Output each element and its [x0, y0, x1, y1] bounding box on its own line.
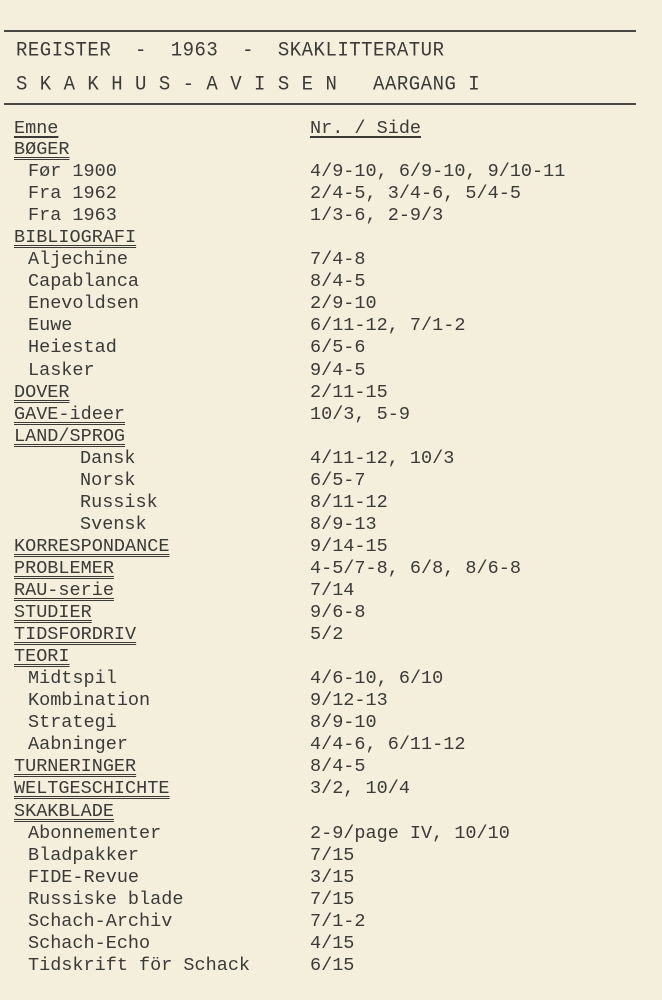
entry-subject: Russisk — [80, 492, 158, 514]
entry-page-refs: 8/4-5 — [310, 271, 366, 293]
index-entry-row: Schach-Echo4/15 — [0, 933, 662, 955]
entry-page-refs: 4/6-10, 6/10 — [310, 668, 443, 690]
entry-page-refs: 4/4-6, 6/11-12 — [310, 734, 465, 756]
entry-page-refs: 2/4-5, 3/4-6, 5/4-5 — [310, 183, 521, 205]
index-heading-row: SKAKBLADE — [0, 801, 662, 823]
index-heading-row: TIDSFORDRIV5/2 — [0, 624, 662, 646]
subject-column-header: Emne — [14, 118, 58, 140]
column-header-row: Emne Nr. / Side — [0, 118, 662, 140]
entry-page-refs: 6/5-6 — [310, 337, 366, 359]
index-heading-row: BIBLIOGRAFI — [0, 227, 662, 249]
index-entry-row: Svensk8/9-13 — [0, 514, 662, 536]
entry-subject: Enevoldsen — [28, 293, 139, 315]
section-heading: SKAKBLADE — [14, 801, 114, 823]
entry-page-refs: 10/3, 5-9 — [310, 404, 410, 426]
index-entry-row: FIDE-Revue3/15 — [0, 867, 662, 889]
section-heading: GAVE-ideer — [14, 404, 125, 426]
entry-page-refs: 7/15 — [310, 889, 354, 911]
index-entry-row: Capablanca8/4-5 — [0, 271, 662, 293]
entry-page-refs: 4/15 — [310, 933, 354, 955]
index-entry-row: Dansk4/11-12, 10/3 — [0, 448, 662, 470]
index-heading-row: BØGER — [0, 139, 662, 161]
entry-subject: Bladpakker — [28, 845, 139, 867]
entry-subject: Schach-Archiv — [28, 911, 172, 933]
register-title: REGISTER - 1963 - SKAKLITTERATUR — [16, 38, 444, 62]
entry-page-refs: 7/1-2 — [310, 911, 366, 933]
index-heading-row: STUDIER9/6-8 — [0, 602, 662, 624]
entry-page-refs: 6/11-12, 7/1-2 — [310, 315, 465, 337]
entry-page-refs: 9/14-15 — [310, 536, 388, 558]
entry-page-refs: 3/15 — [310, 867, 354, 889]
entry-subject: Svensk — [80, 514, 147, 536]
index-heading-row: GAVE-ideer10/3, 5-9 — [0, 404, 662, 426]
entry-subject: Fra 1962 — [28, 183, 117, 205]
entry-page-refs: 4-5/7-8, 6/8, 8/6-8 — [310, 558, 521, 580]
entry-page-refs: 2-9/page IV, 10/10 — [310, 823, 510, 845]
top-rule — [4, 30, 636, 32]
index-entry-row: Russisk8/11-12 — [0, 492, 662, 514]
entry-subject: Kombination — [28, 690, 150, 712]
index-entry-row: Schach-Archiv7/1-2 — [0, 911, 662, 933]
index-entry-row: Tidskrift för Schack6/15 — [0, 955, 662, 977]
section-heading: TIDSFORDRIV — [14, 624, 136, 646]
entry-page-refs: 8/9-10 — [310, 712, 377, 734]
section-heading: TEORI — [14, 646, 70, 668]
index-entry-row: Før 19004/9-10, 6/9-10, 9/10-11 — [0, 161, 662, 183]
index-entry-row: Strategi8/9-10 — [0, 712, 662, 734]
entry-subject: Russiske blade — [28, 889, 183, 911]
entry-subject: Abonnementer — [28, 823, 161, 845]
index-entry-row: Aabninger4/4-6, 6/11-12 — [0, 734, 662, 756]
index-heading-row: LAND/SPROG — [0, 426, 662, 448]
index-entry-row: Aljechine7/4-8 — [0, 249, 662, 271]
entry-page-refs: 5/2 — [310, 624, 343, 646]
section-heading: DOVER — [14, 382, 70, 404]
index-heading-row: KORRESPONDANCE9/14-15 — [0, 536, 662, 558]
section-heading: TURNERINGER — [14, 756, 136, 778]
entry-page-refs: 6/5-7 — [310, 470, 366, 492]
section-heading: STUDIER — [14, 602, 92, 624]
section-heading: LAND/SPROG — [14, 426, 125, 448]
section-heading: BIBLIOGRAFI — [14, 227, 136, 249]
entry-page-refs: 9/6-8 — [310, 602, 366, 624]
entry-page-refs: 8/11-12 — [310, 492, 388, 514]
entry-subject: Euwe — [28, 315, 72, 337]
index-entry-row: Enevoldsen2/9-10 — [0, 293, 662, 315]
entry-page-refs: 7/15 — [310, 845, 354, 867]
section-heading: WELTGESCHICHTE — [14, 778, 169, 800]
entry-page-refs: 3/2, 10/4 — [310, 778, 410, 800]
entry-page-refs: 1/3-6, 2-9/3 — [310, 205, 443, 227]
index-entry-row: Abonnementer2-9/page IV, 10/10 — [0, 823, 662, 845]
bottom-rule — [4, 103, 636, 105]
publication-title: S K A K H U S - A V I S E N AARGANG I — [16, 72, 480, 96]
index-entry-row: Russiske blade7/15 — [0, 889, 662, 911]
section-heading: PROBLEMER — [14, 558, 114, 580]
entry-page-refs: 6/15 — [310, 955, 354, 977]
entry-subject: Dansk — [80, 448, 136, 470]
index-heading-row: WELTGESCHICHTE3/2, 10/4 — [0, 778, 662, 800]
index-heading-row: TURNERINGER8/4-5 — [0, 756, 662, 778]
entry-subject: Tidskrift för Schack — [28, 955, 250, 977]
entry-page-refs: 2/11-15 — [310, 382, 388, 404]
index-entry-row: Fra 19631/3-6, 2-9/3 — [0, 205, 662, 227]
index-entry-row: Kombination9/12-13 — [0, 690, 662, 712]
index-entry-row: Fra 19622/4-5, 3/4-6, 5/4-5 — [0, 183, 662, 205]
entry-subject: Midtspil — [28, 668, 117, 690]
index-entry-row: Euwe6/11-12, 7/1-2 — [0, 315, 662, 337]
section-heading: RAU-serie — [14, 580, 114, 602]
index-entry-row: Lasker9/4-5 — [0, 360, 662, 382]
entry-page-refs: 7/14 — [310, 580, 354, 602]
entry-subject: Aabninger — [28, 734, 128, 756]
entry-page-refs: 7/4-8 — [310, 249, 366, 271]
entry-subject: Lasker — [28, 360, 95, 382]
entry-subject: Fra 1963 — [28, 205, 117, 227]
pages-column-header: Nr. / Side — [310, 118, 421, 140]
index-entry-row: Heiestad6/5-6 — [0, 337, 662, 359]
entry-subject: Før 1900 — [28, 161, 117, 183]
index-entry-row: Midtspil4/6-10, 6/10 — [0, 668, 662, 690]
index-entry-row: Norsk6/5-7 — [0, 470, 662, 492]
entry-subject: Capablanca — [28, 271, 139, 293]
entry-page-refs: 4/11-12, 10/3 — [310, 448, 454, 470]
entry-subject: Strategi — [28, 712, 117, 734]
entry-page-refs: 4/9-10, 6/9-10, 9/10-11 — [310, 161, 565, 183]
entry-page-refs: 8/9-13 — [310, 514, 377, 536]
index-heading-row: DOVER2/11-15 — [0, 382, 662, 404]
entry-subject: Aljechine — [28, 249, 128, 271]
document-page: REGISTER - 1963 - SKAKLITTERATUR S K A K… — [0, 0, 662, 1000]
section-heading: BØGER — [14, 139, 70, 161]
section-heading: KORRESPONDANCE — [14, 536, 169, 558]
index-entry-row: Bladpakker7/15 — [0, 845, 662, 867]
index-heading-row: PROBLEMER4-5/7-8, 6/8, 8/6-8 — [0, 558, 662, 580]
entry-subject: FIDE-Revue — [28, 867, 139, 889]
index-heading-row: TEORI — [0, 646, 662, 668]
entry-page-refs: 8/4-5 — [310, 756, 366, 778]
index-heading-row: RAU-serie7/14 — [0, 580, 662, 602]
entry-page-refs: 2/9-10 — [310, 293, 377, 315]
entry-page-refs: 9/4-5 — [310, 360, 366, 382]
entry-subject: Schach-Echo — [28, 933, 150, 955]
entry-page-refs: 9/12-13 — [310, 690, 388, 712]
entry-subject: Heiestad — [28, 337, 117, 359]
entry-subject: Norsk — [80, 470, 136, 492]
